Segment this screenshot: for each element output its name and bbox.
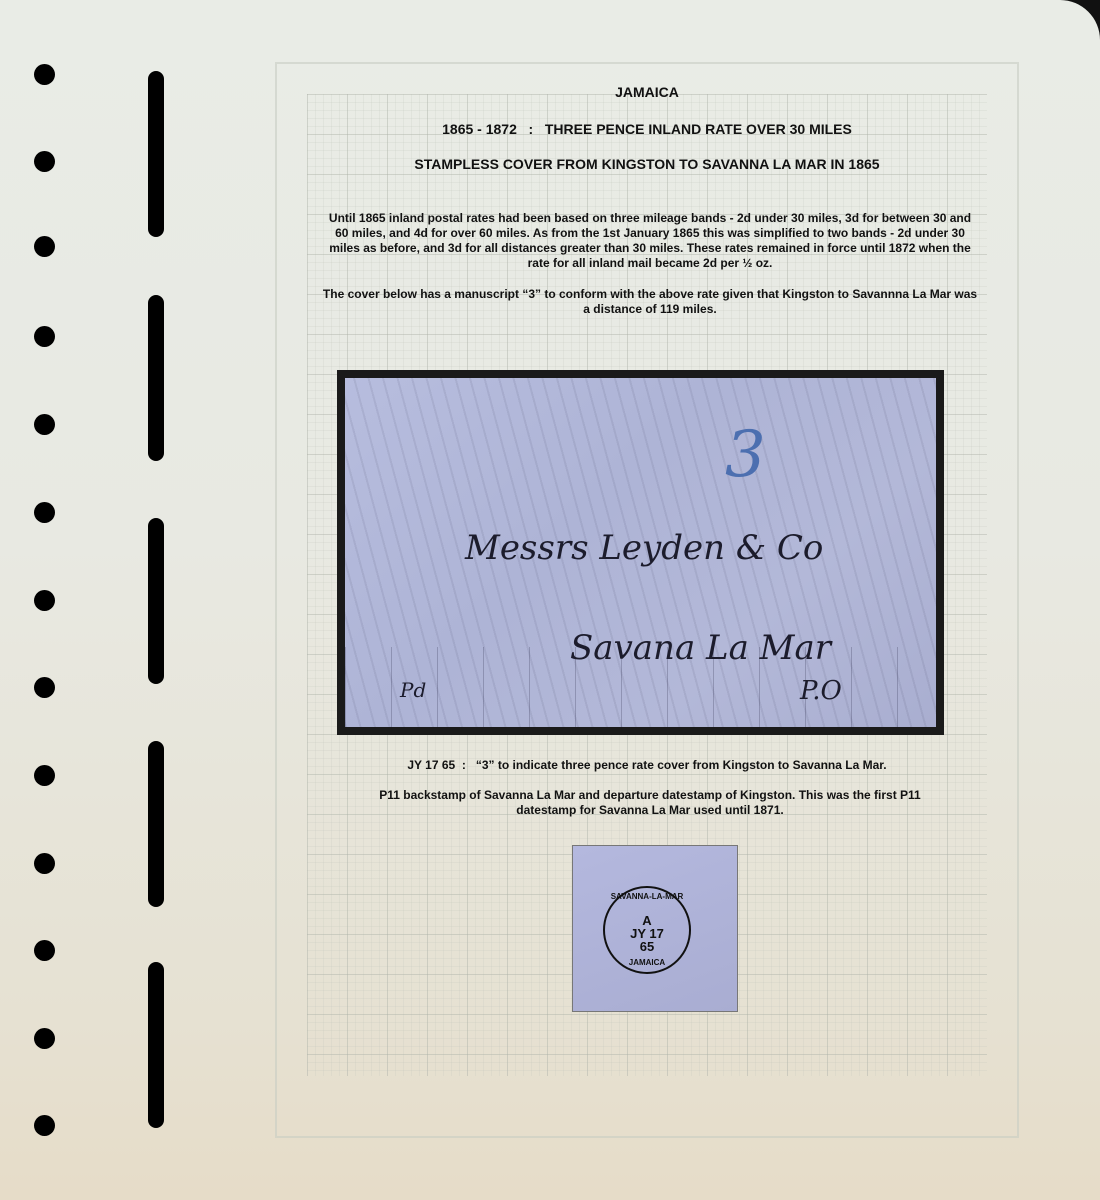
address-line-1: Messrs Leyden & Co <box>465 528 823 568</box>
album-page: JAMAICA 1865 - 1872 : THREE PENCE INLAND… <box>0 0 1100 1200</box>
binder-slot <box>148 741 164 907</box>
binder-slot <box>148 518 164 684</box>
datestamp-year: 65 <box>605 940 689 953</box>
binder-hole <box>34 1028 55 1049</box>
binder-hole <box>34 853 55 874</box>
binder-slot <box>148 962 164 1128</box>
stampless-cover-image: 3 Messrs Leyden & Co Savana La Mar P.O P… <box>345 378 936 727</box>
datestamp-date: A JY 17 65 <box>605 914 689 953</box>
binder-hole <box>34 940 55 961</box>
binder-hole <box>34 677 55 698</box>
binder-hole <box>34 765 55 786</box>
paid-mark: Pd <box>400 678 426 702</box>
page-subtitle: STAMPLESS COVER FROM KINGSTON TO SAVANNA… <box>275 156 1019 172</box>
binder-hole <box>34 151 55 172</box>
binder-slot <box>148 71 164 237</box>
binder-hole <box>34 590 55 611</box>
cover-caption: JY 17 65 : “3” to indicate three pence r… <box>275 758 1019 772</box>
circular-datestamp: SAVANNA-LA-MAR A JY 17 65 JAMAICA <box>603 886 691 974</box>
binder-slot <box>148 295 164 461</box>
binder-hole <box>34 64 55 85</box>
country-heading: JAMAICA <box>275 84 1019 100</box>
binder-hole <box>34 414 55 435</box>
binder-hole <box>34 236 55 257</box>
binder-hole <box>34 326 55 347</box>
datestamp-town: SAVANNA-LA-MAR <box>605 892 689 901</box>
address-line-2: Savana La Mar <box>570 628 831 668</box>
cover-mount: 3 Messrs Leyden & Co Savana La Mar P.O P… <box>337 370 944 735</box>
cover-note-paragraph: The cover below has a manuscript “3” to … <box>322 287 978 317</box>
description-paragraph: Until 1865 inland postal rates had been … <box>322 211 978 271</box>
backstamp-piece: SAVANNA-LA-MAR A JY 17 65 JAMAICA <box>572 845 738 1012</box>
backstamp-caption: P11 backstamp of Savanna La Mar and depa… <box>360 788 940 818</box>
datestamp-country: JAMAICA <box>605 958 689 967</box>
address-line-3: P.O <box>800 676 842 706</box>
manuscript-rate-mark: 3 <box>725 418 766 492</box>
binder-hole <box>34 1115 55 1136</box>
period-title: 1865 - 1872 : THREE PENCE INLAND RATE OV… <box>275 121 1019 137</box>
binder-hole <box>34 502 55 523</box>
